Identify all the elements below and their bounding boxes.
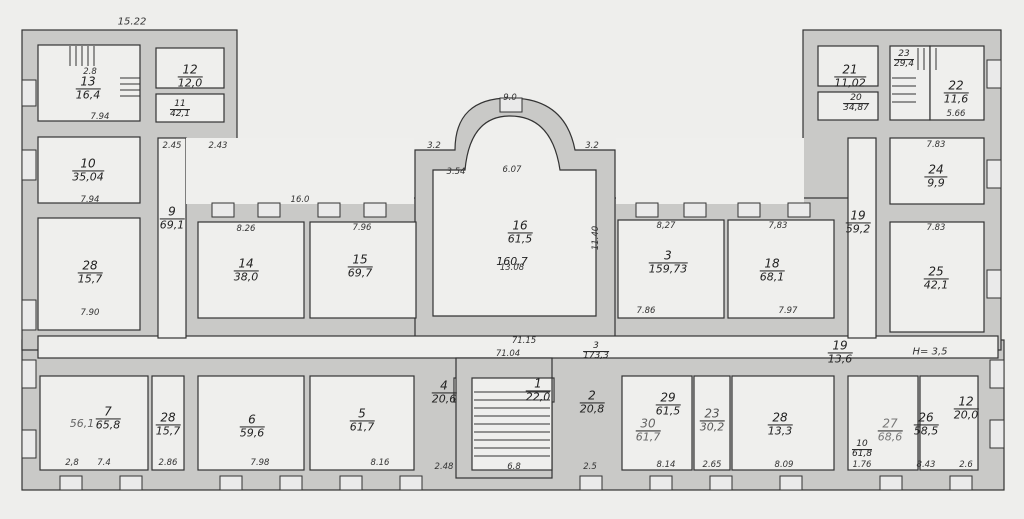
room-label-24: 2329,4	[894, 50, 914, 70]
courtyard-east	[616, 138, 804, 204]
room-label-12: 1142,1	[170, 100, 190, 120]
room-label-10: 969,1	[160, 205, 185, 230]
room-label-5: 561,7	[350, 407, 375, 432]
room-label-19-south: 1220,0	[954, 395, 979, 420]
dim-2-8-south: 2,8	[65, 458, 79, 468]
room-label-7: 765,8	[96, 405, 121, 430]
dim-7-96: 7.96	[353, 223, 372, 233]
room-label-29: 2813,3	[768, 411, 793, 436]
dim-3-2-left: 3.2	[427, 141, 441, 151]
room-label-17: 1661,5	[508, 219, 533, 244]
room-label-6: 659,6	[240, 413, 265, 438]
dim-3-54: 3.54	[447, 167, 466, 177]
dim-8-09: 8.09	[775, 460, 794, 470]
dim-7-83: 7,83	[769, 221, 788, 231]
room-label-30: 2961,5	[656, 391, 681, 416]
dim-2-65: 2.65	[703, 460, 722, 470]
room-label-16: 1569,7	[348, 253, 373, 278]
dim-7-4: 7.4	[97, 458, 111, 468]
room-label-18: 3159,73	[649, 249, 688, 274]
dim-7-94-b: 7.94	[81, 195, 100, 205]
room-label-19: 1868,1	[760, 257, 785, 282]
room-label-2: 220,8	[580, 389, 605, 414]
room-label-30-revised: 3061,7	[636, 417, 661, 442]
dim-9-0: 9.0	[503, 93, 517, 103]
room-label-15: 1438,0	[234, 257, 259, 282]
dim-8-16: 8.16	[371, 458, 390, 468]
room-label-21: 2034,87	[843, 94, 869, 114]
room-label-28-east: 1061,8	[852, 440, 872, 460]
dim-5-66: 5.66	[947, 109, 966, 119]
overall-width-dimension: 15.22	[118, 17, 147, 28]
dim-7-83-b: 7.83	[927, 140, 946, 150]
room-label-11: 1035,04	[72, 157, 104, 182]
dim-8-27: 8,27	[657, 221, 676, 231]
dim-8-26: 8.26	[237, 224, 256, 234]
room-label-25: 249,9	[924, 163, 947, 188]
dim-2-45: 2.45	[163, 141, 182, 151]
dim-71-04: 71.04	[496, 349, 520, 359]
room-label-4: 420,6	[432, 379, 457, 404]
dim-13-08: 13.08	[500, 263, 524, 273]
dim-2-8: 2.8	[83, 67, 97, 77]
room-label-12-south: 2330,2	[700, 407, 725, 432]
room-label-3-corridor: 3173,3	[583, 342, 609, 362]
east-corridor	[848, 138, 876, 338]
dim-11-40: 11.40	[591, 226, 601, 250]
dim-2-5: 2.5	[583, 462, 597, 472]
dim-7-86: 7.86	[637, 306, 656, 316]
room-label-1: 122,0	[526, 377, 551, 402]
dim-8-14: 8.14	[657, 460, 676, 470]
dim-7-98: 7.98	[251, 458, 270, 468]
dim-6-07: 6.07	[503, 165, 522, 175]
dim-2-86: 2.86	[159, 458, 178, 468]
room-label-7-revised: 56,1	[70, 418, 95, 430]
dim-3-2-right: 3.2	[585, 141, 599, 151]
dim-6-8: 6.8	[507, 462, 521, 472]
room-label-20: 1959,2	[846, 209, 871, 234]
dim-7-94-a: 7.94	[91, 112, 110, 122]
dim-71-15: 71.15	[512, 336, 536, 346]
room-label-22: 2111,02	[834, 63, 866, 88]
dim-7-97: 7.97	[779, 306, 798, 316]
dim-16-0: 16.0	[291, 195, 310, 205]
west-corridor	[158, 138, 186, 338]
room-label-23: 2211,6	[944, 79, 969, 104]
dim-2-48: 2.48	[435, 462, 454, 472]
dim-7-90: 7.90	[81, 308, 100, 318]
room-label-26: 2542,1	[924, 265, 949, 290]
dim-2-6: 2.6	[959, 460, 973, 470]
room-label-9: 2815,7	[78, 259, 103, 284]
room-label-27: 2658,5	[914, 411, 939, 436]
room-label-18-corridor: 1913,6	[828, 339, 853, 364]
room-label-27-revised: 2768,6	[878, 417, 903, 442]
dim-7-83-c: 7.83	[927, 223, 946, 233]
ceiling-height-label: H= 3,5	[913, 347, 948, 358]
dim-1-76: 1.76	[853, 460, 872, 470]
dim-2-43: 2.43	[209, 141, 228, 151]
dim-8-43: 8.43	[917, 460, 936, 470]
room-label-14: 1316,4	[76, 75, 101, 100]
room-label-13: 1212,0	[178, 63, 203, 88]
room-label-28-west: 2815,7	[156, 411, 181, 436]
